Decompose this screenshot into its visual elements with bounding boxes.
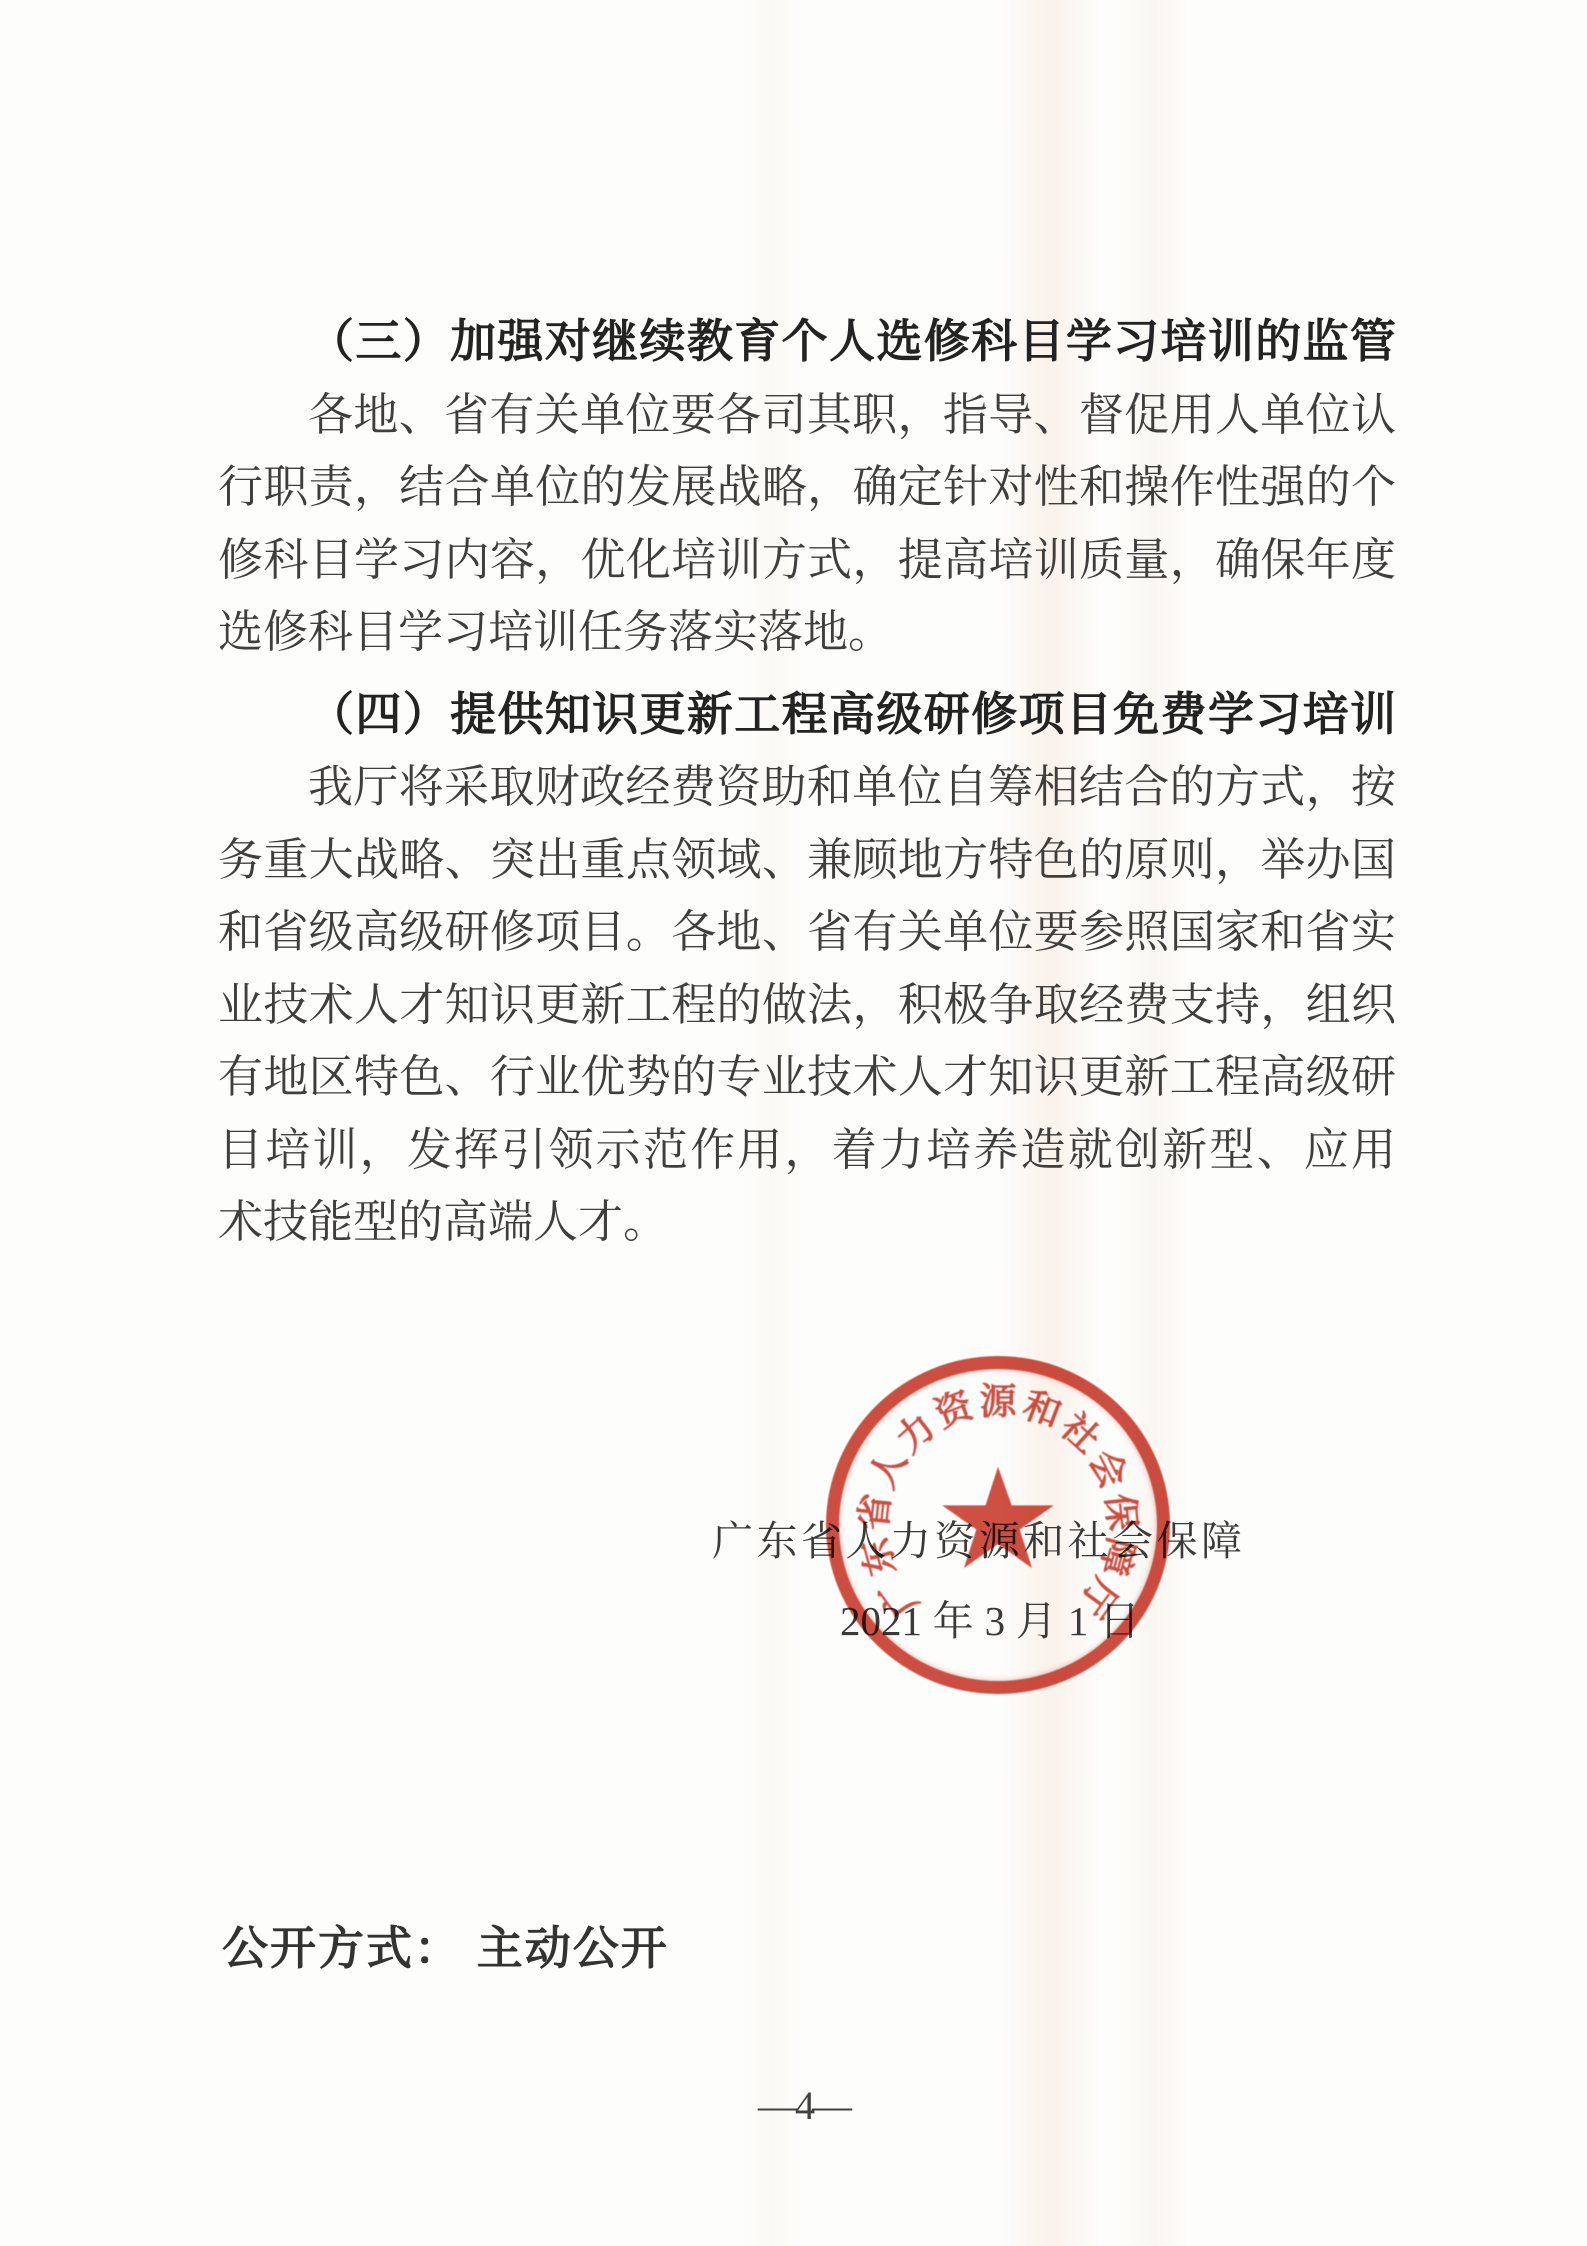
body-line: 目培训，发挥引领示范作用，着力培养造就创新型、应用型、技 [218, 1114, 1396, 1187]
document-body: （三）加强对继续教育个人选修科目学习培训的监管服务。 各地、省有关单位要各司其职… [218, 306, 1396, 1259]
body-line: 选修科目学习培训任务落实落地。 [218, 596, 1396, 669]
body-line: 和省级高级研修项目。各地、省有关单位要参照国家和省实施专 [218, 896, 1396, 969]
body-line: 业技术人才知识更新工程的做法，积极争取经费支持，组织开展 [218, 969, 1396, 1042]
body-line: 行职责，结合单位的发展战略，确定针对性和操作性强的个人选 [218, 451, 1396, 524]
seal-arc-char: 源 [976, 1376, 1020, 1420]
body-line: 务重大战略、突出重点领域、兼顾地方特色的原则，举办国家级 [218, 824, 1396, 897]
document-page: （三）加强对继续教育个人选修科目学习培训的监管服务。 各地、省有关单位要各司其职… [0, 0, 1587, 2246]
seal-arc-char: 保 [1100, 1488, 1148, 1536]
page-number: —4— [758, 2082, 849, 2129]
seal-arc-text: 广东省人力资源和社会保障厅 [826, 1356, 1170, 1694]
disclosure-label: 公开方式： 主动公开 [222, 1912, 669, 1978]
section-heading-4: （四）提供知识更新工程高级研修项目免费学习培训服务。 [218, 679, 1396, 752]
body-line: 我厅将采取财政经费资助和单位自筹相结合的方式，按照服 [218, 751, 1396, 824]
body-line: 有地区特色、行业优势的专业技术人才知识更新工程高级研修项 [218, 1041, 1396, 1114]
seal-arc-char: 省 [848, 1488, 896, 1536]
official-seal: 广东省人力资源和社会保障厅 [826, 1356, 1170, 1694]
body-line: 各地、省有关单位要各司其职，指导、督促用人单位认真履 [218, 379, 1396, 452]
body-line: 修科目学习内容，优化培训方式，提高培训质量，确保年度个人 [218, 524, 1396, 597]
section-heading-3: （三）加强对继续教育个人选修科目学习培训的监管服务。 [218, 306, 1396, 379]
body-line: 术技能型的高端人才。 [218, 1186, 1396, 1259]
